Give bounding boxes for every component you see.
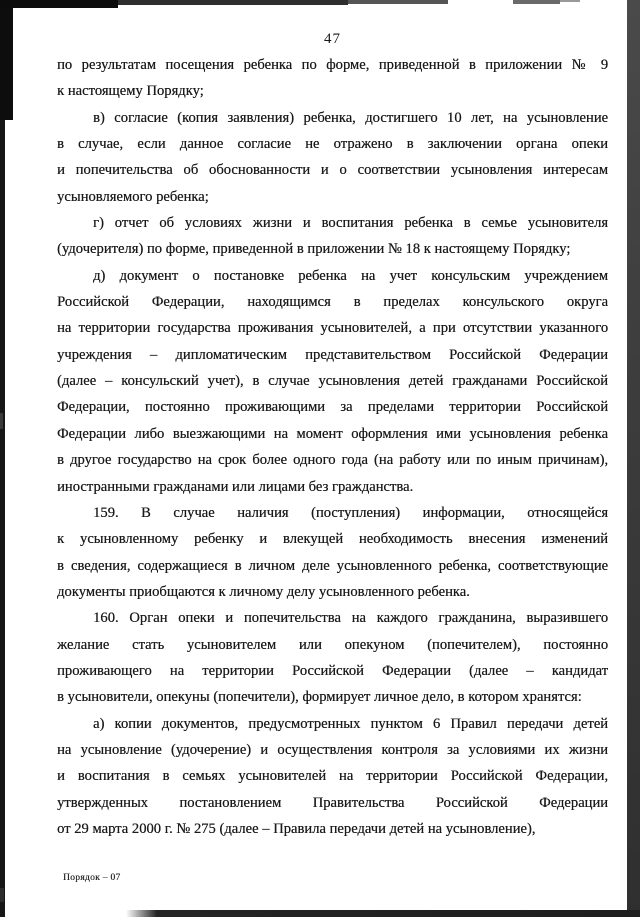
scan-edge-left [0, 0, 5, 917]
text-line: к усыновленному ребенку и влекущей необх… [57, 526, 608, 552]
text-line: проживающего на территории Российской Фе… [57, 658, 608, 684]
text-line: в усыновители, опекуны (попечители), фор… [57, 684, 608, 710]
text-line: Федерации, постоянно проживающими за пре… [57, 394, 608, 420]
text-line: в сведения, содержащиеся в личном деле у… [57, 553, 608, 579]
scanned-document-page: 47 по результатам посещения ребенка по ф… [0, 0, 640, 917]
text-line: и попечительства об обоснованности и о с… [57, 157, 608, 183]
scan-edge-top [348, 0, 448, 4]
text-line: по результатам посещения ребенка по форм… [57, 52, 608, 78]
footer-mark: Порядок – 07 [63, 873, 121, 883]
text-line: г) отчет об условиях жизни и воспитания … [57, 210, 608, 236]
text-line: в) согласие (копия заявления) ребенка, д… [57, 105, 608, 131]
text-line: в случае, если данное согласие не отраже… [57, 131, 608, 157]
document-body: по результатам посещения ребенка по форм… [57, 52, 608, 842]
text-line: утвержденных постановлением Правительств… [57, 790, 608, 816]
scan-edge-left-corner [0, 0, 13, 120]
text-line: 160. Орган опеки и попечительства на каж… [57, 605, 608, 631]
text-line: и воспитания в семьях усыновителей на те… [57, 763, 608, 789]
text-line: учреждения – дипломатическим представите… [57, 342, 608, 368]
text-line: к настоящему Порядку; [57, 78, 608, 104]
scan-edge-top [118, 0, 348, 5]
scan-edge-top [513, 0, 560, 4]
text-line: от 29 марта 2000 г. № 275 (далее – Прави… [57, 816, 608, 842]
text-line: на усыновление (удочерение) и осуществле… [57, 737, 608, 763]
text-line: 159. В случае наличия (поступления) инфо… [57, 500, 608, 526]
scan-edge-bottom [126, 910, 640, 917]
text-line: иностранными гражданами или лицами без г… [57, 474, 608, 500]
scan-edge-top-right [627, 0, 640, 8]
scan-artifact-tick [0, 888, 4, 902]
text-line: д) документ о постановке ребенка на учет… [57, 263, 608, 289]
text-line: (удочерителя) по форме, приведенной в пр… [57, 236, 608, 262]
text-line: Российской Федерации, находящимся в пред… [57, 289, 608, 315]
text-line: желание стать усыновителем или опекуном … [57, 632, 608, 658]
text-line: усыновляемого ребенка; [57, 184, 608, 210]
scan-edge-right [627, 0, 640, 917]
page-number: 47 [57, 31, 608, 48]
text-line: Федерации либо выезжающими на момент офо… [57, 421, 608, 447]
scan-edge-top [0, 0, 118, 8]
text-line: документы приобщаются к личному делу усы… [57, 579, 608, 605]
text-line: в другое государство на срок более одног… [57, 447, 608, 473]
text-line: на территории государства проживания усы… [57, 315, 608, 341]
scan-artifact-tick [0, 413, 3, 429]
scan-edge-top [560, 0, 580, 2]
text-line: (далее – консульский учет), в случае усы… [57, 368, 608, 394]
text-line: а) копии документов, предусмотренных пун… [57, 711, 608, 737]
